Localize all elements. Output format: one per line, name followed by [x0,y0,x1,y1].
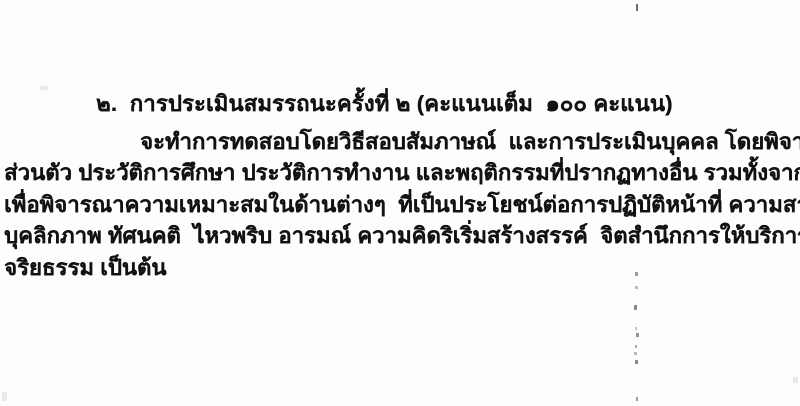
section-heading: ๒. การประเมินสมรรถนะครั้งที่ ๒ (คะแนนเต็… [96,88,673,120]
scan-speck [634,305,637,310]
scan-speck [635,286,638,289]
scan-speck [636,333,639,337]
paragraph-line: จะทำการทดสอบโดยวิธีสอบสัมภาษณ์ และการประ… [4,126,796,157]
paper-smudge [40,86,48,90]
scan-speck [634,352,637,355]
body-paragraph: จะทำการทดสอบโดยวิธีสอบสัมภาษณ์ และการประ… [4,126,796,283]
paper-smudge [793,377,798,383]
scan-speck [635,360,638,364]
paragraph-line: เพื่อพิจารณาความเหมาะสมในด้านต่างๆ ที่เป… [4,189,796,220]
scanned-document-page: ๒. การประเมินสมรรถนะครั้งที่ ๒ (คะแนนเต็… [0,0,800,406]
scan-speck [635,272,638,276]
scan-speck [636,4,638,11]
scan-speck [635,327,637,330]
paper-smudge [2,392,7,401]
paragraph-line: ส่วนตัว ประวัติการศึกษา ประวัติการทำงาน … [4,157,796,188]
scan-speck [635,345,637,348]
paragraph-line: จริยธรรม เป็นต้น [4,252,796,283]
paragraph-line: บุคลิกภาพ ทัศนคติ ไหวพริบ อารมณ์ ความคิด… [4,220,796,251]
scan-speck [636,397,638,401]
